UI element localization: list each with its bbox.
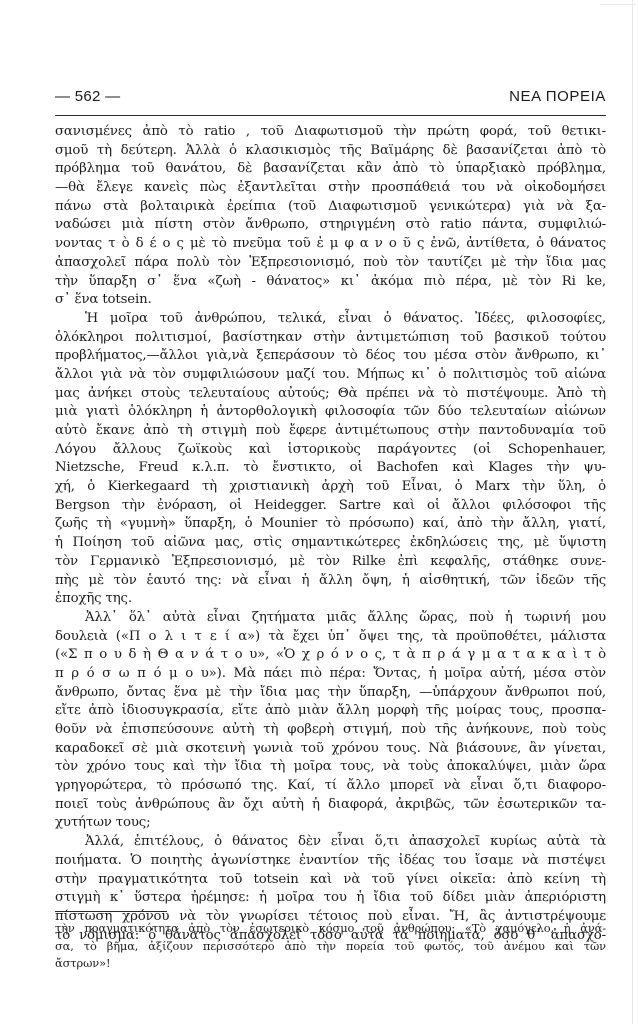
- text-line: ὁλόκληροι πολιτισμοί, βασίστηκαν στὴν ἀν…: [55, 329, 606, 348]
- text-line: εἴτε ἀπὸ ἰδιοσυγκρασία, εἴτε ἀπὸ μιὰν ἄλ…: [55, 702, 606, 721]
- text-line: ποιεῖ τοὺς ἀνθρώπους ἂν ὄχι αὐτὴ ἡ διαφο…: [55, 796, 606, 815]
- paragraph-start-line: Ἀλλά, ἐπιτέλους, ὁ θάνατος δὲν εἶναι ὅ,τ…: [55, 833, 606, 852]
- text-line: σμοῦ τὴ δεύτερη. Ἀλλὰ ὁ κλασικισμὸς τῆς …: [55, 142, 606, 161]
- text-line: νοντας τ ὸ δ έ ο ς μὲ τὸ πνεῦμα τοῦ ἐ μ …: [55, 235, 606, 254]
- text-line: ποιήματα. Ὁ ποιητὴς ἀγωνίστηκε ἐναντίον …: [55, 852, 606, 871]
- text-line: («Σ π ο υ δ ὴ Θ α ν ά τ ο υ», «Ὁ χ ρ ό ν…: [55, 646, 606, 665]
- text-line: τὴν ὕπαρξη σ᾽ ἕνα «ζωὴ - θάνατος» κι᾽ ἀκ…: [55, 273, 606, 292]
- text-line: ναδώσει μιὰ πίστη στὸν ἄνθρωπο, στηριγμέ…: [55, 216, 606, 235]
- header-rule: [55, 115, 606, 116]
- text-line: π ρ ό σ ω π ό μ ο υ»). Μὰ πάει πιὸ πέρα:…: [55, 665, 606, 684]
- footnote-rule: [55, 911, 167, 912]
- footnote-line: ἄστρων»!: [55, 955, 606, 973]
- text-line: πρόβλημα τοῦ θανάτου, δὲ βασανίζεται κἂν…: [55, 160, 606, 179]
- text-line: καραδοκεῖ σὲ μιὰ σκοτεινὴ γωνιὰ τοῦ χρόν…: [55, 740, 606, 759]
- page-header: — 562 — ΝΕΑ ΠΟΡΕΙΑ: [55, 88, 606, 110]
- text-line: αὐτὸ ἔκανε ἀπὸ τὴ στιγμὴ ποὺ ἔφερε ἀντιμ…: [55, 422, 606, 441]
- paragraph-start-line: Ἀλλ᾽ ὅλ᾽ αὐτὰ εἶναι ζητήματα μιᾶς ἄλλης …: [55, 609, 606, 628]
- text-line: μας ἀνήκει στοὺς τελευταίους αὐτούς; Θὰ …: [55, 385, 606, 404]
- text-line: πάνω στὰ βολταιρικὰ ἐρείπια (τοῦ Διαφωτι…: [55, 198, 606, 217]
- text-line: θοῦν νὰ ἐπισπεύσουνε αὐτὴ τὴ φοβερὴ στιγ…: [55, 721, 606, 740]
- text-line: ἀπασχολεῖ πάρα πολὺ τὸν Ἐξπρεσιονισμό, π…: [55, 254, 606, 273]
- text-line: πὴς μὲ τὸν ἑαυτό της: νὰ εἶναι ἡ ἄλλη ὄψ…: [55, 572, 606, 591]
- footnote-line: τὴν πραγματικότητα ἀπὸ τὸν ἐσωτερικὸ κόσ…: [55, 920, 606, 938]
- text-line: ζωῆς τὴ «γυμνὴ» ὕπαρξη, ὁ Mounier τὸ πρό…: [55, 515, 606, 534]
- text-line: δουλειὰ («Π ο λ ι τ ε ί α») τὰ ἔχει ὑπ᾽ …: [55, 628, 606, 647]
- paragraph-start-line: Ἡ μοῖρα τοῦ ἀνθρώπου, τελικά, εἶναι ὁ θά…: [55, 310, 606, 329]
- page-number: — 562 —: [55, 88, 120, 105]
- paragraph-end-line: ἐποχῆς της.: [55, 590, 606, 609]
- text-line: ἡ Ποίηση τοῦ αἰῶνα μας, στὶς σημαντικώτε…: [55, 534, 606, 553]
- page-edge-line: [632, 0, 633, 1024]
- page-edge-top-line: [600, 4, 636, 5]
- paragraph-end-line: χυτήτων τους;: [55, 814, 606, 833]
- text-line: σανισμένες ἀπὸ τὸ ratio , τοῦ Διαφωτισμο…: [55, 123, 606, 142]
- footnote: τὴν πραγματικότητα ἀπὸ τὸν ἐσωτερικὸ κόσ…: [55, 920, 606, 973]
- text-line: —θὰ ἔλεγε κανεὶς πὼς ἐξαντλεῖται στὴν πρ…: [55, 179, 606, 198]
- text-line: ἄλλοι γιὰ νὰ τὸν συμφιλιώσουν μαζί του. …: [55, 366, 606, 385]
- text-line: στὴν πραγματικότητα τοῦ totsein καὶ νὰ τ…: [55, 871, 606, 890]
- running-title: ΝΕΑ ΠΟΡΕΙΑ: [509, 88, 606, 105]
- text-line: στιγμὴ κ᾽ ὕστερα ἠρέμησε: ἡ μοῖρα του ἡ …: [55, 889, 606, 908]
- text-line: Nietzsche, Freud κ.λ.π. τὸ ἔνστικτο, οἱ …: [55, 459, 606, 478]
- text-line: γρηγορώτερα, τὸ πρόσωπό της. Καί, τί ἄλλ…: [55, 777, 606, 796]
- text-line: ἄνθρωπο, ὄντας ἕνα μὲ τὴν ἴδια μας τὴν ὕ…: [55, 684, 606, 703]
- text-line: μιὰ γιατὶ ὁλόκληρη ἡ ἀντορθολογικὴ φιλοσ…: [55, 403, 606, 422]
- body-text: σανισμένες ἀπὸ τὸ ratio , τοῦ Διαφωτισμο…: [55, 123, 606, 945]
- paragraph-end-line: σ᾽ ἕνα totsein.: [55, 291, 606, 310]
- text-line: τὸν χρόνο τους καὶ τὴν ἴδια τὴ μοῖρα του…: [55, 758, 606, 777]
- text-line: προβλήματος,—ἄλλοι γιὰ,νὰ ξεπεράσουν τὸ …: [55, 347, 606, 366]
- text-line: χή, ὁ Kierkegaard τὴ χριστιανικὴ ἀρχὴ το…: [55, 478, 606, 497]
- text-line: τὸν Γερμανικὸ Ἐξπρεσιονισμό, μὲ τὸν Rilk…: [55, 553, 606, 572]
- text-line: Λόγου ἄλλους ζωϊκοὺς καὶ ἱστορικοὺς παρά…: [55, 441, 606, 460]
- footnote-line: σα, τὸ βῆμα, ἀξίζουν περισσότερο ἀπὸ τὴν…: [55, 938, 606, 956]
- text-line: Bergson τὴν ἐνόραση, οἱ Heidegger. Sartr…: [55, 497, 606, 516]
